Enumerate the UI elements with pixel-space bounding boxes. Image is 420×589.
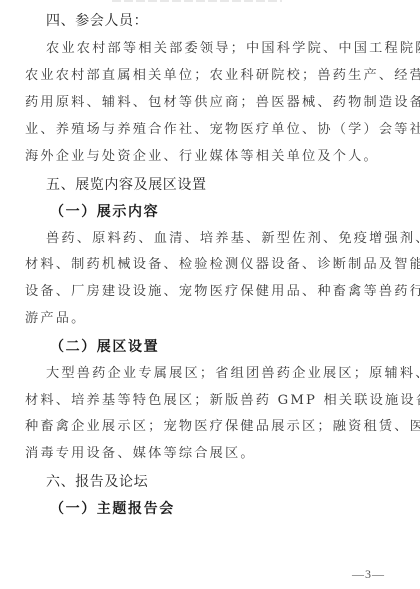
paragraph-line: 游产品。 bbox=[25, 310, 400, 328]
paragraph-line: 材料、培养基等特色展区；新版兽药 GMP 相关联设施设备展区； bbox=[25, 392, 400, 410]
paragraph-line: 农业农村部直属相关单位；农业科研院校；兽药生产、经营企业； bbox=[25, 67, 400, 85]
page-number: —3— bbox=[352, 567, 385, 582]
paragraph-line: 兽药、原料药、血清、培养基、新型佐剂、免疫增强剂、包装 bbox=[46, 230, 400, 248]
paragraph-line: 材料、制药机械设备、检验检测仪器设备、诊断制品及智能化诊断 bbox=[25, 256, 400, 274]
cut-off-previous-line bbox=[112, 0, 282, 2]
paragraph-line: 设备、厂房建设设施、宠物医疗保健用品、种畜禽等兽药行业上下 bbox=[25, 283, 400, 301]
section-heading-reports-forums: 六、报告及论坛 bbox=[46, 473, 148, 491]
paragraph-line: 种畜禽企业展示区；宠物医疗保健品展示区；融资租赁、医药园区、 bbox=[25, 418, 400, 436]
paragraph-line: 药用原料、辅料、包材等供应商；兽医器械、药物制造设备生产企 bbox=[25, 94, 400, 112]
section-heading-attendees: 四、参会人员： bbox=[46, 12, 148, 30]
paragraph-line: 农业农村部等相关部委领导；中国科学院、中国工程院院士； bbox=[46, 40, 400, 58]
paragraph-line: 业、养殖场与养殖合作社、宠物医疗单位、协（学）会等社团组织、 bbox=[25, 121, 400, 139]
document-page: 四、参会人员： 农业农村部等相关部委领导；中国科学院、中国工程院院士； 农业农村… bbox=[0, 0, 420, 589]
paragraph-line: 大型兽药企业专属展区；省组团兽药企业展区；原辅料、包装 bbox=[46, 365, 400, 383]
section-heading-exhibition: 五、展览内容及展区设置 bbox=[46, 176, 207, 194]
paragraph-line: 海外企业与处资企业、行业媒体等相关单位及个人。 bbox=[25, 148, 400, 166]
subsection-heading-display-content: （一）展示内容 bbox=[50, 203, 159, 221]
subsection-heading-keynote-reports: （一）主题报告会 bbox=[50, 500, 175, 518]
subsection-heading-exhibit-areas: （二）展区设置 bbox=[50, 338, 159, 356]
paragraph-line: 消毒专用设备、媒体等综合展区。 bbox=[25, 445, 400, 463]
